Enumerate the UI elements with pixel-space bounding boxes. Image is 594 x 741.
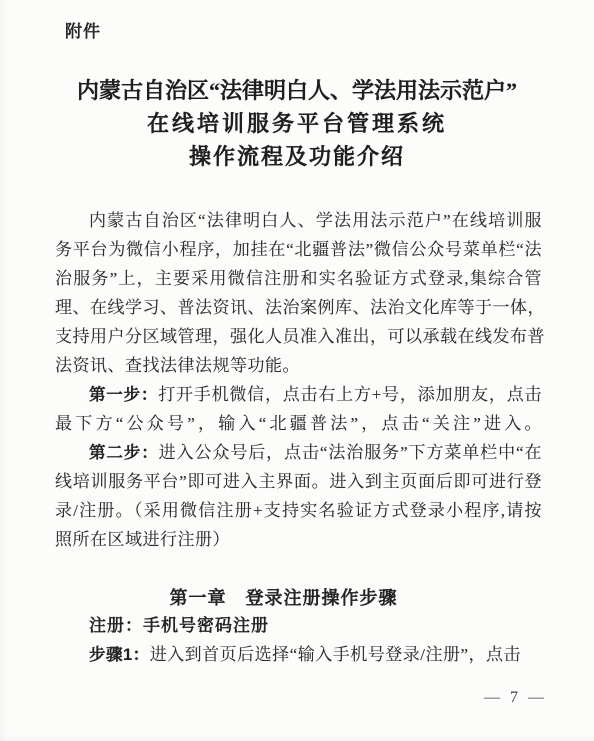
body-line-text: 治服务”上，主要采用微信注册和实名验证方式登录,集综合管	[55, 269, 542, 288]
step-1-text: 进入到首页后选择“输入手机号登录/注册”，点击	[150, 645, 521, 664]
body-text: 内蒙古自治区“法律明白人、学法用法示范户”在线培训服 务平台为微信小程序，加挂在…	[55, 206, 542, 554]
title-line-3: 操作流程及功能介绍	[0, 140, 594, 173]
body-line: 最下方“公众号”，输入“北疆普法”，点击“关注”进入。	[55, 409, 542, 438]
document-title: 内蒙古自治区“法律明白人、学法用法示范户” 在线培训服务平台管理系统 操作流程及…	[0, 74, 594, 173]
register-method-line: 注册：手机号密码注册	[55, 611, 542, 636]
step-1-line: 步骤1：进入到首页后选择“输入手机号登录/注册”，点击	[55, 640, 575, 665]
body-line-text: 打开手机微信，点击右上方+号，添加朋友，点击	[158, 385, 542, 404]
body-line-text: 线培训服务平台”即可进入主界面。进入到主页面后即可进行登	[55, 472, 542, 491]
body-line: 录/注册。（采用微信注册+支持实名验证方式登录小程序,请按	[55, 496, 542, 525]
body-line-text: 内蒙古自治区“法律明白人、学法用法示范户”在线培训服	[89, 211, 542, 230]
chapter-heading: 第一章 登录注册操作步骤	[55, 584, 542, 610]
body-line: 务平台为微信小程序，加挂在“北疆普法”微信公众号菜单栏“法	[55, 235, 542, 264]
title-line-1: 内蒙古自治区“法律明白人、学法用法示范户”	[0, 74, 594, 107]
title-line-2: 在线培训服务平台管理系统	[0, 107, 594, 140]
body-line: 照所在区域进行注册）	[55, 525, 542, 554]
document-page: 附件 内蒙古自治区“法律明白人、学法用法示范户” 在线培训服务平台管理系统 操作…	[0, 0, 594, 741]
body-line: 治服务”上，主要采用微信注册和实名验证方式登录,集综合管	[55, 264, 542, 293]
body-line-step1: 第一步：打开手机微信，点击右上方+号，添加朋友，点击	[55, 380, 542, 409]
body-line-text: 最下方“公众号”，输入“北疆普法”，点击“关注”进入。	[55, 414, 542, 433]
body-line-text: 务平台为微信小程序，加挂在“北疆普法”微信公众号菜单栏“法	[55, 240, 542, 259]
step-one-label: 第一步：	[89, 386, 158, 404]
body-line-text: 进入公众号后，点击“法治服务”下方菜单栏中“在	[159, 443, 542, 462]
body-line-text: 支持用户分区域管理，强化人员准入准出，可以承载在线发布普	[55, 327, 545, 346]
body-line-text: 法资讯、查找法律法规等功能。	[55, 356, 300, 375]
step-1-label: 步骤1：	[89, 646, 150, 664]
body-line: 内蒙古自治区“法律明白人、学法用法示范户”在线培训服	[55, 206, 542, 235]
attachment-label: 附件	[65, 17, 101, 42]
body-line: 理、在线学习、普法资讯、法治案例库、法治文化库等于一体，	[55, 293, 542, 322]
page-number: — 7 —	[484, 689, 547, 707]
body-line-text: 照所在区域进行注册）	[55, 530, 230, 549]
step-two-label: 第二步：	[89, 444, 159, 462]
body-line: 支持用户分区域管理，强化人员准入准出，可以承载在线发布普	[55, 322, 542, 351]
body-line: 线培训服务平台”即可进入主界面。进入到主页面后即可进行登	[55, 467, 542, 496]
body-line-step2: 第二步：进入公众号后，点击“法治服务”下方菜单栏中“在	[55, 438, 542, 467]
body-line: 法资讯、查找法律法规等功能。	[55, 351, 542, 380]
body-line-text: 录/注册。（采用微信注册+支持实名验证方式登录小程序,请按	[55, 501, 542, 520]
body-line-text: 理、在线学习、普法资讯、法治案例库、法治文化库等于一体，	[55, 298, 545, 317]
